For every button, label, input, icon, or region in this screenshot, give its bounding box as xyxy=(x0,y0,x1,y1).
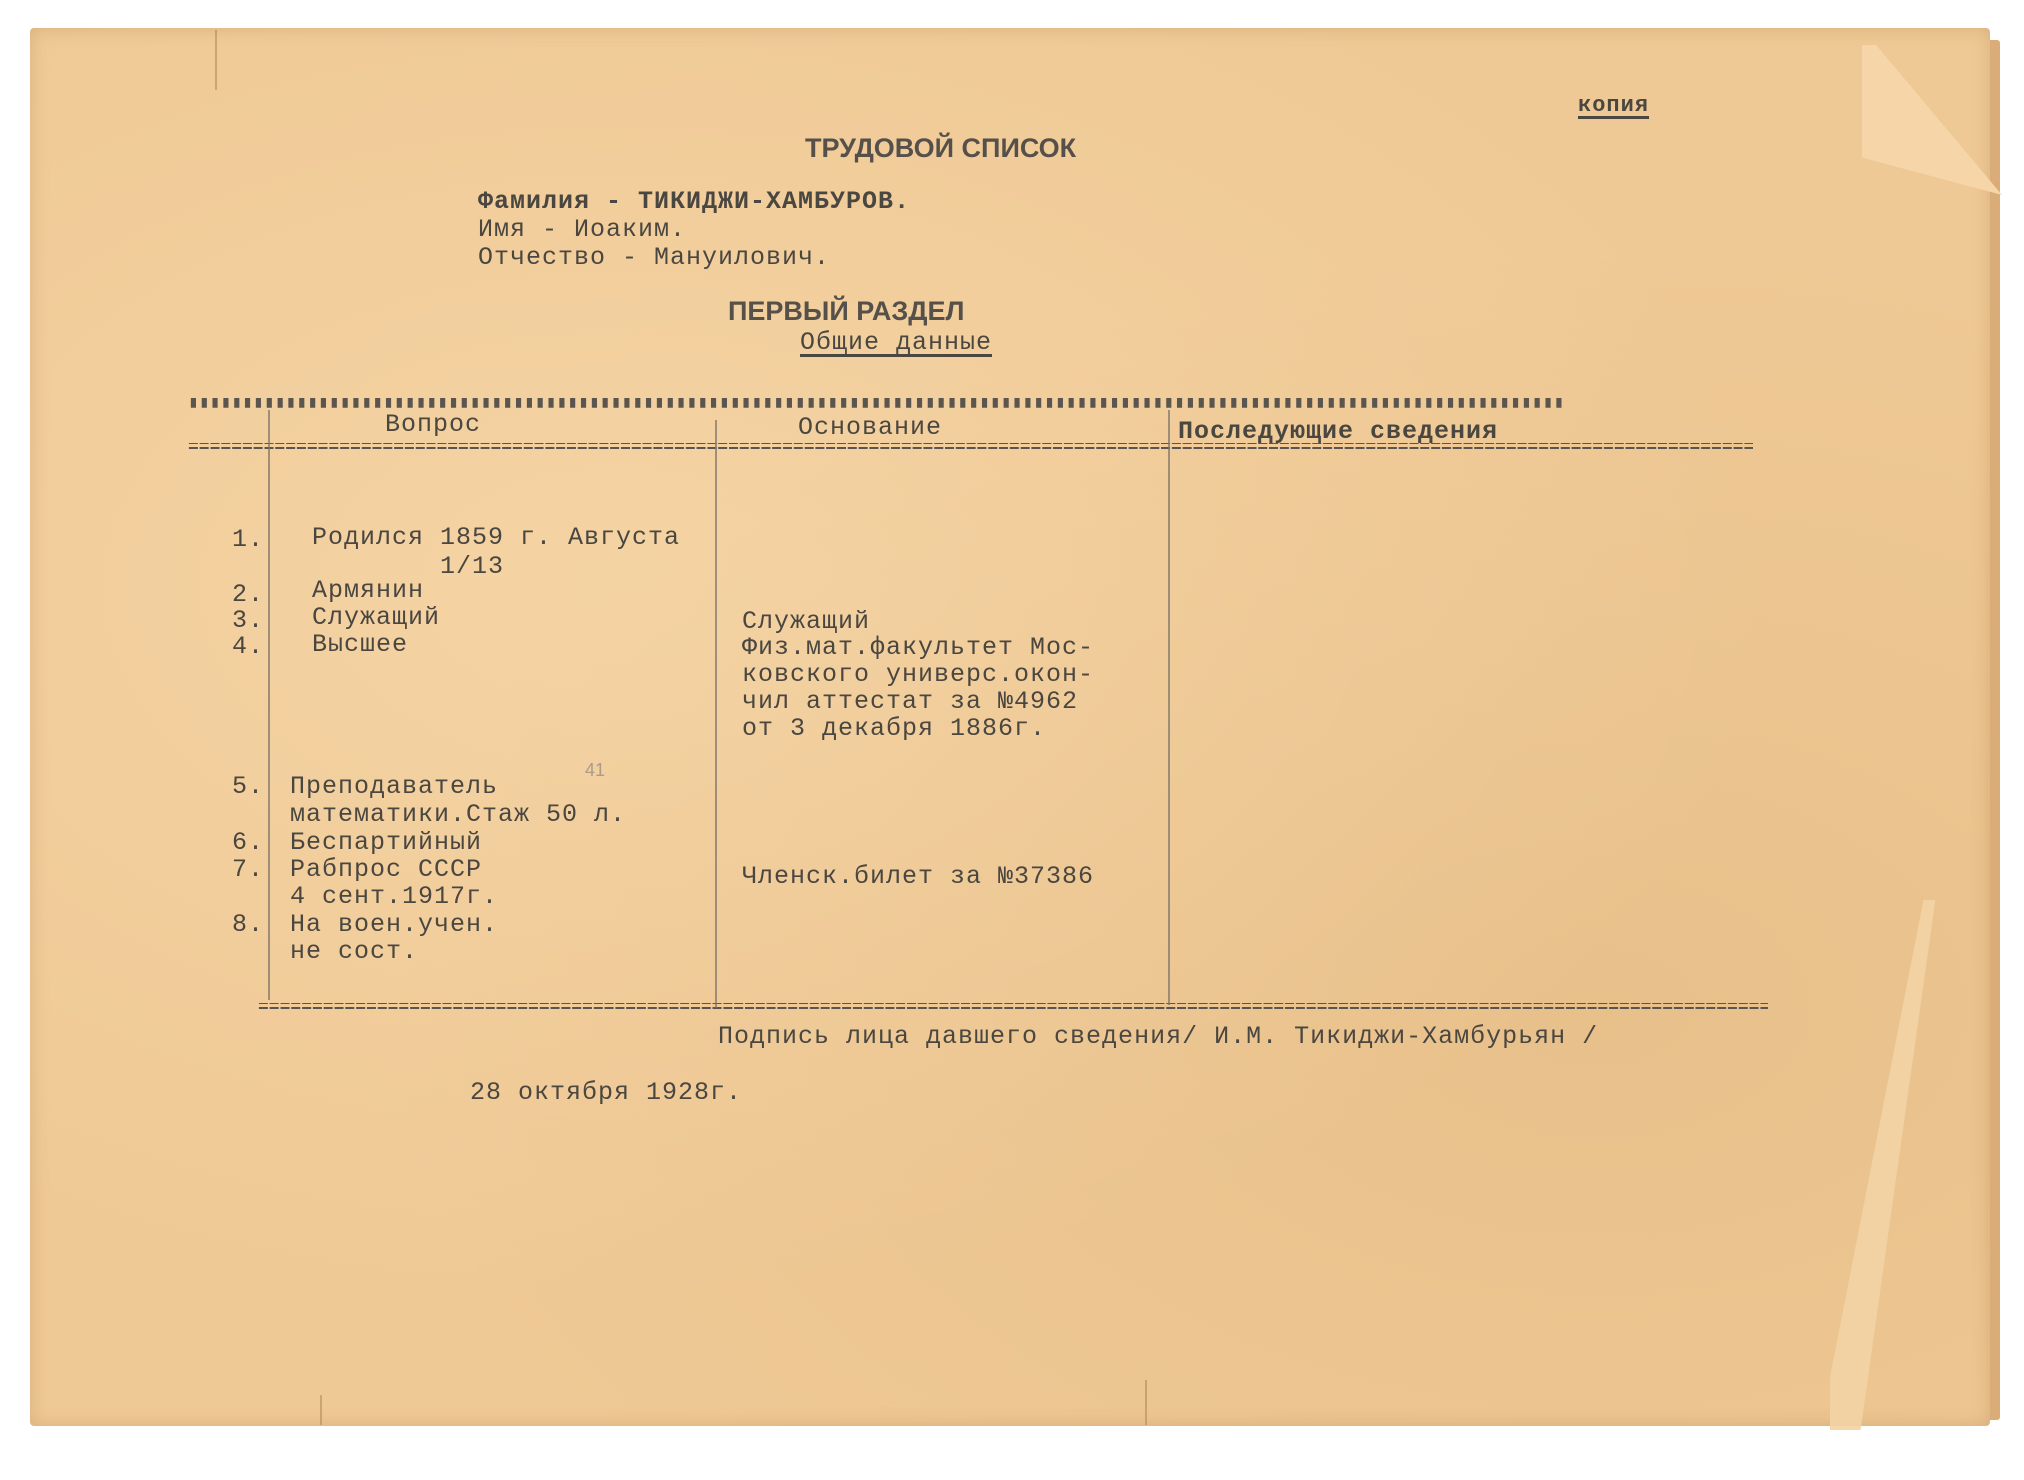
table-bottom-rule: ========================================… xyxy=(258,1003,1768,1013)
row-number: 7. xyxy=(218,855,264,884)
column-divider xyxy=(268,410,270,1000)
question-text: Рабпрос СССР xyxy=(290,855,482,884)
row-number: 8. xyxy=(218,910,264,939)
question-text: Родился 1859 г. Августа xyxy=(312,523,680,552)
section-subtitle: Общие данные xyxy=(800,328,992,357)
basis-text: Физ.мат.факультет Мос- xyxy=(742,633,1094,662)
question-text: Высшее xyxy=(312,630,408,659)
section-title: ПЕРВЫЙ РАЗДЕЛ xyxy=(728,296,965,327)
question-text: Преподаватель xyxy=(290,772,498,801)
signature-line: Подпись лица давшего сведения/ И.М. Тики… xyxy=(718,1022,1598,1051)
column-divider xyxy=(1168,410,1170,1005)
question-text: Беспартийный xyxy=(290,828,482,857)
question-text: не сост. xyxy=(290,937,418,966)
question-text: Служащий xyxy=(312,603,440,632)
column-header-basis: Основание xyxy=(798,413,942,442)
column-divider xyxy=(715,420,717,1008)
name-line: Имя - Иоаким. xyxy=(478,215,686,244)
copy-mark: копия xyxy=(1578,93,1649,118)
patronymic-line: Отчество - Мануилович. xyxy=(478,243,830,272)
basis-text: от 3 декабря 1886г. xyxy=(742,714,1046,743)
row-number: 2. xyxy=(218,580,264,609)
row-number: 3. xyxy=(218,606,264,635)
table-header-rule: ========================================… xyxy=(188,443,1753,453)
document-title: ТРУДОВОЙ СПИСОК xyxy=(805,133,1076,164)
question-text: 4 сент.1917г. xyxy=(290,882,498,911)
basis-text: Членск.билет за №37386 xyxy=(742,862,1094,891)
basis-text: Служащий xyxy=(742,607,870,636)
question-text: 1/13 xyxy=(440,552,504,581)
paper-tear xyxy=(1145,1380,1147,1425)
paper-tear xyxy=(320,1395,322,1425)
row-number: 4. xyxy=(218,632,264,661)
column-header-question: Вопрос xyxy=(385,410,481,439)
row-number: 5. xyxy=(218,772,264,801)
basis-text: чил аттестат за №4962 xyxy=(742,687,1078,716)
question-text: На воен.учен. xyxy=(290,910,498,939)
surname-line: Фамилия - ТИКИДЖИ-ХАМБУРОВ. xyxy=(478,187,910,216)
pencil-annotation: 41 xyxy=(585,760,605,781)
document-date: 28 октября 1928г. xyxy=(470,1078,742,1107)
question-text: математики.Стаж 50 л. xyxy=(290,800,626,829)
table-top-rule: ▮▮▮▮▮▮▮▮▮▮▮▮▮▮▮▮▮▮▮▮▮▮▮▮▮▮▮▮▮▮▮▮▮▮▮▮▮▮▮▮… xyxy=(188,398,1738,408)
basis-text: ковского универс.окон- xyxy=(742,660,1094,689)
column-header-subsequent: Последующие сведения xyxy=(1178,417,1498,446)
row-number: 6. xyxy=(218,828,264,857)
question-text: Армянин xyxy=(312,576,424,605)
paper-tear xyxy=(215,30,217,90)
row-number: 1. xyxy=(218,525,264,554)
